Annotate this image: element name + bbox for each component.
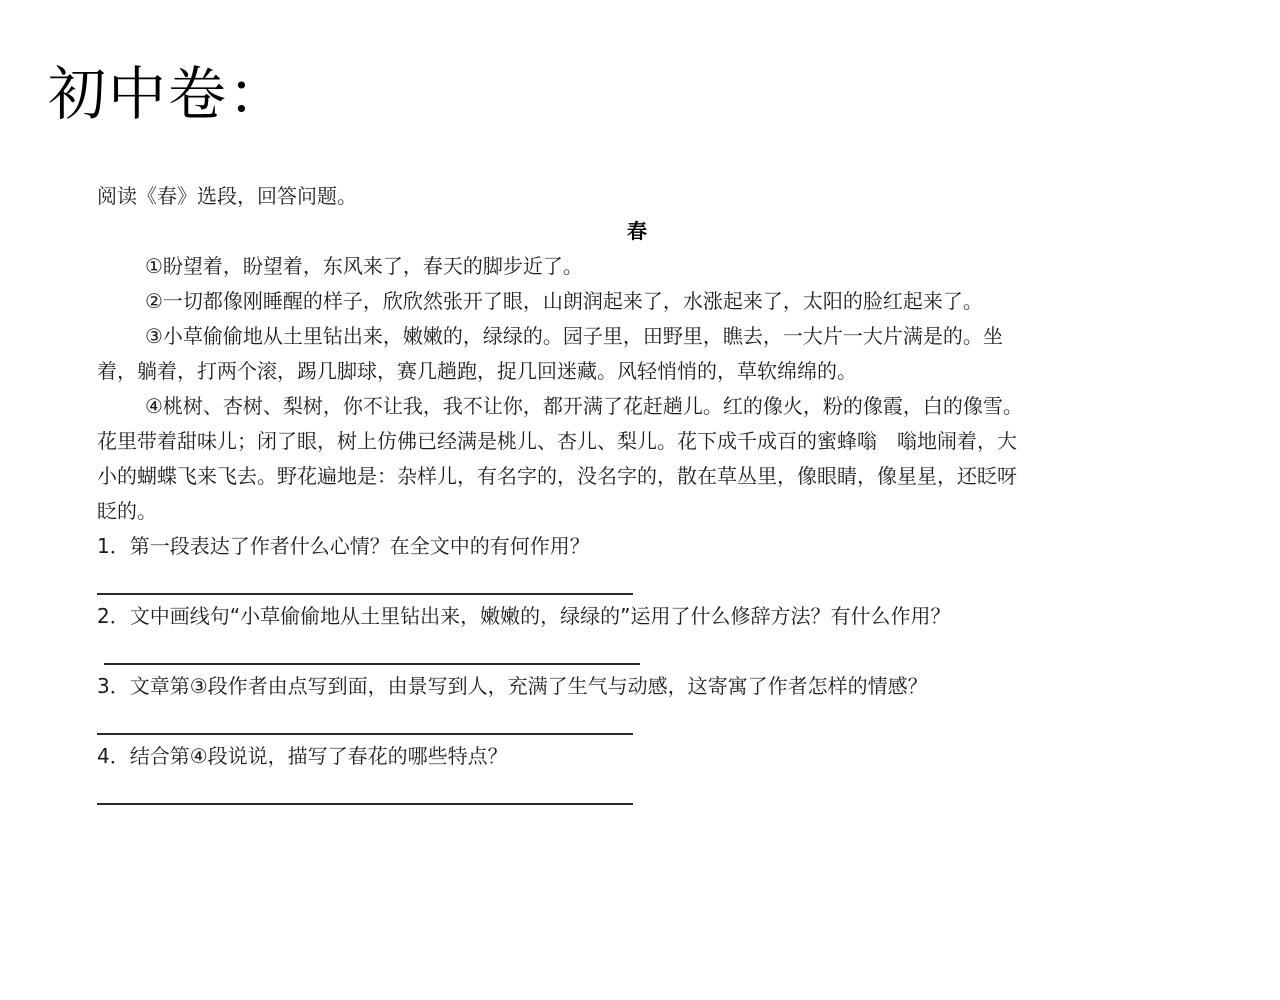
- answer-blank-1[interactable]: [97, 593, 633, 595]
- answer-blank-4[interactable]: [97, 803, 633, 805]
- question-2: 2．文中画线句“小草偷偷地从土里钻出来，嫩嫩的，绿绿的”运用了什么修辞方法？有什…: [97, 600, 950, 632]
- paragraph-4-line-1: ④桃树、杏树、梨树，你不让我，我不让你，都开满了花赶趟儿。红的像火，粉的像霞，白…: [97, 390, 1023, 422]
- question-4: 4．结合第④段说说，描写了春花的哪些特点？: [97, 740, 508, 772]
- question-1: 1．第一段表达了作者什么心情？在全文中的有何作用？: [97, 530, 590, 562]
- paragraph-4-line-4: 眨的。: [97, 495, 157, 527]
- paragraph-4-line-3: 小的蝴蝶飞来飞去。野花遍地是：杂样儿，有名字的，没名字的，散在草丛里，像眼睛，像…: [97, 460, 1017, 492]
- paragraph-1: ①盼望着，盼望着，东风来了，春天的脚步近了。: [97, 250, 583, 282]
- answer-blank-3[interactable]: [97, 733, 633, 735]
- answer-blank-2[interactable]: [104, 663, 640, 665]
- instruction-text: 阅读《春》选段，回答问题。: [97, 180, 357, 212]
- paragraph-2: ②一切都像刚睡醒的样子，欣欣然张开了眼，山朗润起来了，水涨起来了，太阳的脸红起来…: [97, 285, 983, 317]
- paragraph-3-line-2: 着，躺着，打两个滚，踢几脚球，赛几趟跑，捉几回迷藏。风轻悄悄的，草软绵绵的。: [97, 355, 857, 387]
- paragraph-4-line-2: 花里带着甜味儿；闭了眼，树上仿佛已经满是桃儿、杏儿、梨儿。花下成千成百的蜜蜂嗡 …: [97, 425, 1017, 457]
- question-3: 3．文章第③段作者由点写到面，由景写到人，充满了生气与动感，这寄寓了作者怎样的情…: [97, 670, 928, 702]
- paragraph-3-line-1: ③小草偷偷地从土里钻出来，嫩嫩的，绿绿的。园子里，田野里，瞧去，一大片一大片满是…: [97, 320, 1003, 352]
- passage-title: 春: [627, 215, 647, 247]
- page-title: 初中卷：: [48, 58, 288, 130]
